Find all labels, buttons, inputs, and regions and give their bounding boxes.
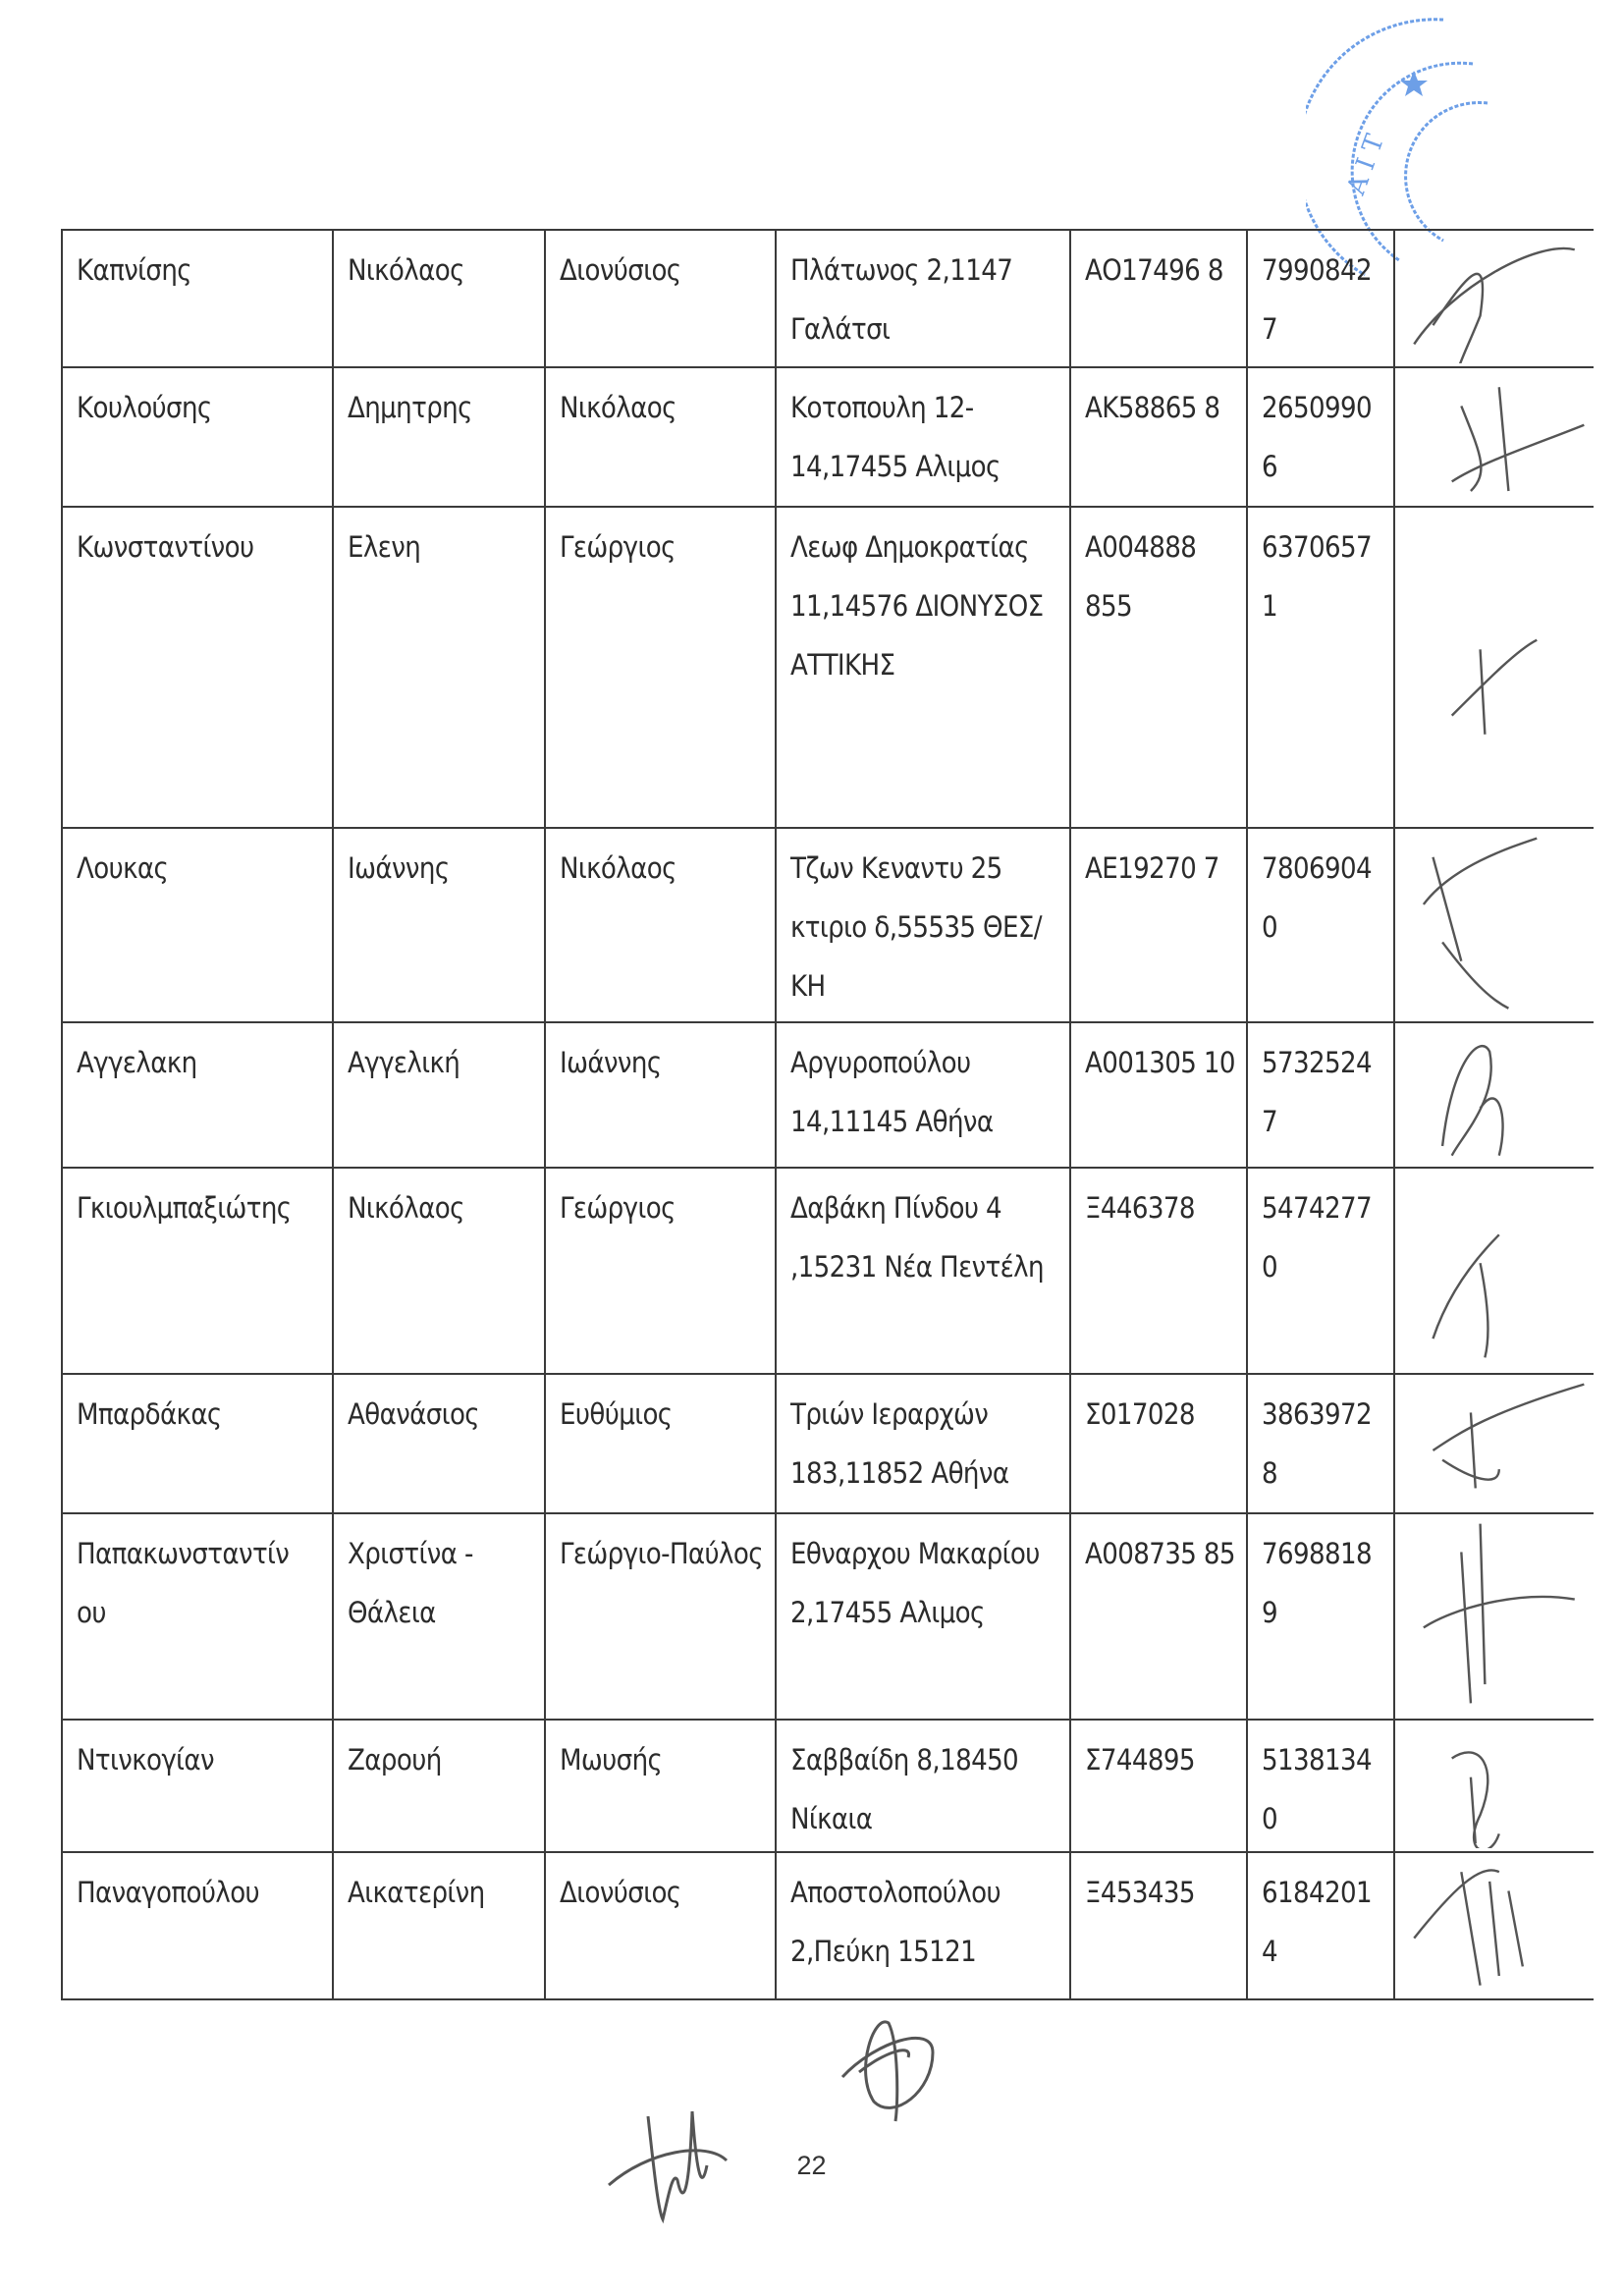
first-name-cell: Αγγελική [333,1022,545,1168]
table-row: ΓκιουλμπαξιώτηςΝικόλαοςΓεώργιοςΔαβάκη Πί… [62,1168,1594,1374]
table-row: ΝτινκογίανΖαρουήΜωυσήςΣαββαίδη 8,18450 Ν… [62,1720,1594,1852]
surname-cell: Καπνίσης [62,230,333,367]
phone-cell: 7806904 0 [1247,828,1394,1022]
page-number: 22 [0,2151,1623,2181]
father-name-cell: Νικόλαος [545,367,776,507]
phone-cell: 2650990 6 [1247,367,1394,507]
father-name-cell: Μωυσής [545,1720,776,1852]
phone-cell: 7698818 9 [1247,1513,1394,1720]
document-page: Α Ι Τ ΚαπνίσηςΝικόλαοςΔιονύσιοςΠλάτωνος … [0,0,1623,2296]
id-number-cell: ΑΕ19270 7 [1070,828,1247,1022]
father-name-cell: Νικόλαος [545,828,776,1022]
signatories-table: ΚαπνίσηςΝικόλαοςΔιονύσιοςΠλάτωνος 2,1147… [61,229,1594,2000]
surname-cell: Ντινκογίαν [62,1720,333,1852]
first-name-cell: Νικόλαος [333,1168,545,1374]
first-name-cell: Ιωάννης [333,828,545,1022]
address-cell: Λεωφ Δημοκρατίας 11,14576 ΔΙΟΝΥΣΟΣ ΑΤΤΙΚ… [776,507,1070,828]
id-number-cell: ΑΚ58865 8 [1070,367,1247,507]
surname-cell: Παπακωνσταντίν ου [62,1513,333,1720]
address-cell: Εθναρχου Μακαρίου 2,17455 Αλιμος [776,1513,1070,1720]
surname-cell: Αγγελακη [62,1022,333,1168]
phone-cell: 5138134 0 [1247,1720,1394,1852]
handwritten-signature-icon [1395,1023,1594,1163]
first-name-cell: Νικόλαος [333,230,545,367]
address-cell: Τριών Ιεραρχών 183,11852 Αθήνα [776,1374,1070,1513]
address-cell: Αργυροπούλου 14,11145 Αθήνα [776,1022,1070,1168]
id-number-cell: ΑΟ17496 8 [1070,230,1247,367]
table-row: ΚωνσταντίνουΕλενηΓεώργιοςΛεωφ Δημοκρατία… [62,507,1594,828]
handwritten-signature-icon [1395,1375,1594,1509]
handwritten-signature-icon [1395,1853,1594,1995]
table-row: ΜπαρδάκαςΑθανάσιοςΕυθύμιοςΤριών Ιεραρχών… [62,1374,1594,1513]
signature-cell [1394,507,1594,828]
first-name-cell: Αικατερίνη [333,1852,545,1999]
signature-cell [1394,367,1594,507]
handwritten-signature-icon [1395,368,1594,503]
handwritten-signature-icon [1395,1169,1594,1367]
first-name-cell: Αθανάσιος [333,1374,545,1513]
id-number-cell: Ξ453435 [1070,1852,1247,1999]
signature-cell [1394,828,1594,1022]
signature-cell [1394,1852,1594,1999]
phone-cell: 7990842 7 [1247,230,1394,367]
id-number-cell: Ξ446378 [1070,1168,1247,1374]
handwritten-signature-icon [1395,1514,1594,1713]
father-name-cell: Ευθύμιος [545,1374,776,1513]
signature-cell [1394,1168,1594,1374]
father-name-cell: Γεώργιος [545,1168,776,1374]
signature-cell [1394,1720,1594,1852]
signature-cell [1394,1374,1594,1513]
father-name-cell: Ιωάννης [545,1022,776,1168]
handwritten-signature-icon [1395,1721,1594,1848]
surname-cell: Λουκας [62,828,333,1022]
id-number-cell: Σ744895 [1070,1720,1247,1852]
surname-cell: Παναγοπούλου [62,1852,333,1999]
surname-cell: Μπαρδάκας [62,1374,333,1513]
address-cell: Σαββαίδη 8,18450 Νίκαια [776,1720,1070,1852]
signature-cell [1394,1513,1594,1720]
surname-cell: Γκιουλμπαξιώτης [62,1168,333,1374]
phone-cell: 5732524 7 [1247,1022,1394,1168]
first-name-cell: Ζαρουή [333,1720,545,1852]
table-row: ΚαπνίσηςΝικόλαοςΔιονύσιοςΠλάτωνος 2,1147… [62,230,1594,367]
svg-text:Α Ι Τ: Α Ι Τ [1341,130,1390,199]
id-number-cell: Α008735 85 [1070,1513,1247,1720]
signature-bottom-right-icon [835,2003,952,2151]
father-name-cell: Γεώργιο-Παύλος [545,1513,776,1720]
id-number-cell: Α004888 855 [1070,507,1247,828]
table-row: Παπακωνσταντίν ουΧριστίνα - ΘάλειαΓεώργι… [62,1513,1594,1720]
phone-cell: 6370657 1 [1247,507,1394,828]
address-cell: Τζων Κεναντυ 25 κτιριο δ,55535 ΘΕΣ/ΚΗ [776,828,1070,1022]
id-number-cell: Σ017028 [1070,1374,1247,1513]
handwritten-signature-icon [1395,231,1594,363]
handwritten-signature-icon [1395,508,1594,817]
phone-cell: 5474277 0 [1247,1168,1394,1374]
phone-cell: 6184201 4 [1247,1852,1394,1999]
table-row: ΛουκαςΙωάννηςΝικόλαοςΤζων Κεναντυ 25 κτι… [62,828,1594,1022]
signature-bottom-left-icon [599,2043,736,2229]
address-cell: Δαβάκη Πίνδου 4 ,15231 Νέα Πεντέλη [776,1168,1070,1374]
father-name-cell: Διονύσιος [545,1852,776,1999]
table-row: ΠαναγοπούλουΑικατερίνηΔιονύσιοςΑποστολοπ… [62,1852,1594,1999]
phone-cell: 3863972 8 [1247,1374,1394,1513]
table-row: ΑγγελακηΑγγελικήΙωάννηςΑργυροπούλου 14,1… [62,1022,1594,1168]
father-name-cell: Γεώργιος [545,507,776,828]
handwritten-signature-icon [1395,829,1594,1015]
signature-cell [1394,230,1594,367]
id-number-cell: Α001305 10 [1070,1022,1247,1168]
table-row: ΚουλούσηςΔημητρηςΝικόλαοςΚοτοπουλη 12-14… [62,367,1594,507]
first-name-cell: Χριστίνα - Θάλεια [333,1513,545,1720]
address-cell: Αποστολοπούλου 2,Πεύκη 15121 [776,1852,1070,1999]
surname-cell: Κωνσταντίνου [62,507,333,828]
father-name-cell: Διονύσιος [545,230,776,367]
address-cell: Κοτοπουλη 12-14,17455 Αλιμος [776,367,1070,507]
surname-cell: Κουλούσης [62,367,333,507]
signature-cell [1394,1022,1594,1168]
address-cell: Πλάτωνος 2,1147 Γαλάτσι [776,230,1070,367]
first-name-cell: Ελενη [333,507,545,828]
first-name-cell: Δημητρης [333,367,545,507]
